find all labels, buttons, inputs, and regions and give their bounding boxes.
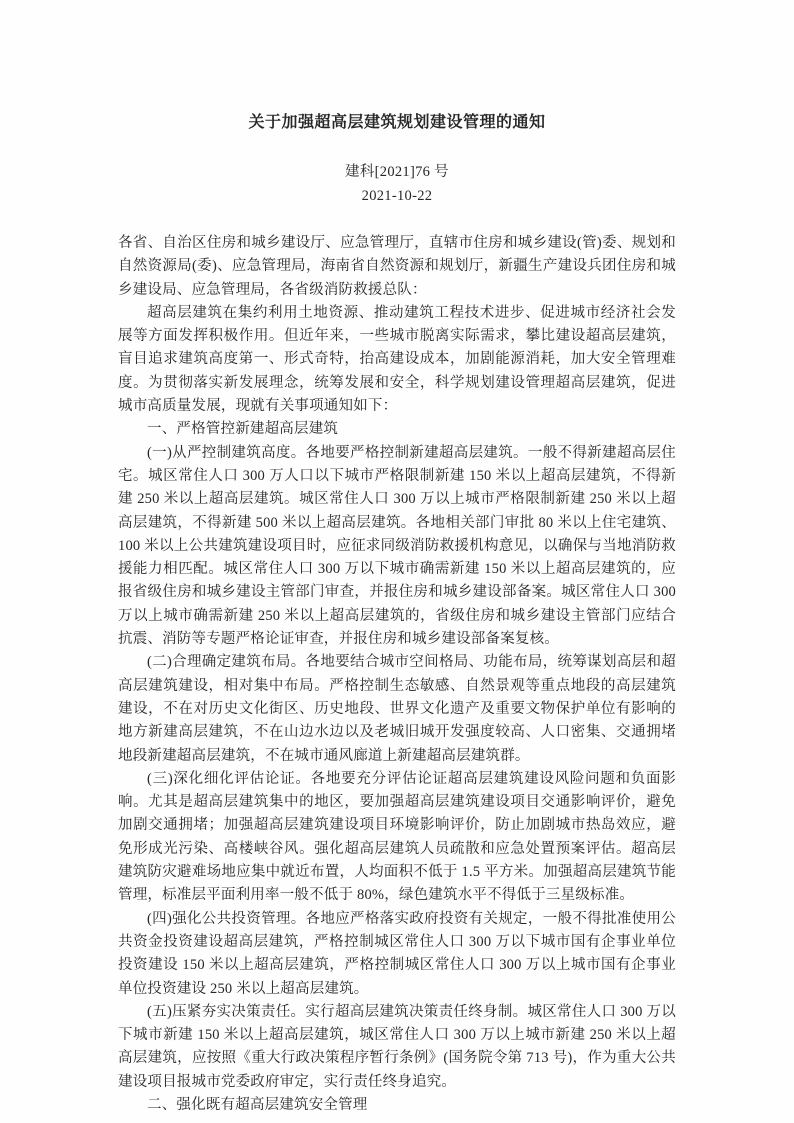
section-1-heading: 一、严格管控新建超高层建筑	[118, 418, 676, 441]
document-number: 建科[2021]76 号	[118, 160, 676, 184]
intro-paragraph: 超高层建筑在集约利用土地资源、推动建筑工程技术进步、促进城市经济社会发展等方面发…	[118, 302, 676, 418]
clause-4-paragraph: (四)强化公共投资管理。各地应严格落实政府投资有关规定，一般不得批准使用公共资金…	[118, 908, 676, 1001]
document-page: 关于加强超高层建筑规划建设管理的通知 建科[2021]76 号 2021-10-…	[0, 0, 794, 1123]
clause-2-paragraph: (二)合理确定建筑布局。各地要结合城市空间格局、功能布局，统筹谋划高层和超高层建…	[118, 651, 676, 767]
clause-3-paragraph: (三)深化细化评估论证。各地要充分评估论证超高层建筑建设风险问题和负面影响。尤其…	[118, 768, 676, 908]
clause-1-paragraph: (一)从严控制建筑高度。各地要严格控制新建超高层建筑。一般不得新建超高层住宅。城…	[118, 442, 676, 652]
document-meta: 建科[2021]76 号 2021-10-22	[118, 160, 676, 208]
document-date: 2021-10-22	[118, 184, 676, 208]
clause-5-paragraph: (五)压紧夯实决策责任。实行超高层建筑决策责任终身制。城区常住人口 300 万以…	[118, 1001, 676, 1094]
document-title: 关于加强超高层建筑规划建设管理的通知	[118, 112, 676, 134]
section-2-heading: 二、强化既有超高层建筑安全管理	[118, 1094, 676, 1117]
salutation-paragraph: 各省、自治区住房和城乡建设厅、应急管理厅，直辖市住房和城乡建设(管)委、规划和自…	[118, 232, 676, 302]
document-body: 各省、自治区住房和城乡建设厅、应急管理厅，直辖市住房和城乡建设(管)委、规划和自…	[118, 232, 676, 1117]
